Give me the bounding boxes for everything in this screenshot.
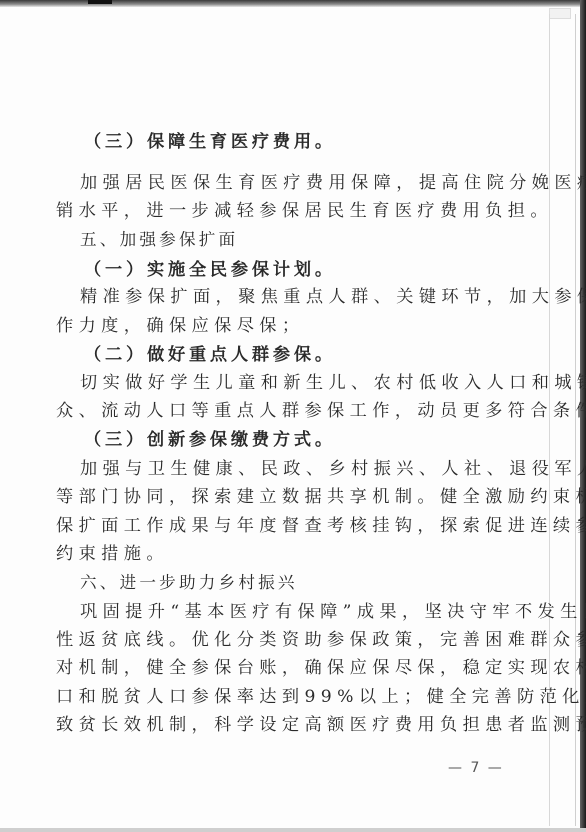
section-heading: 六、进一步助力乡村振兴 <box>80 572 298 594</box>
paragraph-line: 加强居民医保生育医疗费用保障，提高住院分娩医疗费用报 <box>80 172 586 194</box>
subsection-heading: （三）创新参保缴费方式。 <box>84 429 336 451</box>
paragraph-line: 对机制，健全参保台账，确保应保尽保，稳定实现农村低收入人 <box>56 657 586 679</box>
paragraph-line: 作力度，确保应保尽保； <box>56 315 304 337</box>
paragraph-line: 切实做好学生儿童和新生儿、农村低收入人口和城镇困难群 <box>80 372 586 394</box>
paragraph-line: 众、流动人口等重点人群参保工作，动员更多符合条件的人员参保； <box>56 400 586 422</box>
section-heading: 五、加强参保扩面 <box>80 229 238 251</box>
page-number: — 7 — <box>448 760 504 776</box>
paragraph-line: 口和脱贫人口参保率达到99%以上；健全完善防范化解因病返贫 <box>56 686 586 708</box>
scan-artifact <box>88 0 112 4</box>
paragraph-line: 精准参保扩面，聚焦重点人群、关键环节，加大参保缴费工 <box>80 286 586 308</box>
subsection-heading: （三）保障生育医疗费用。 <box>84 131 336 153</box>
subsection-heading: （二）做好重点人群参保。 <box>84 344 336 366</box>
paragraph-line: 保扩面工作成果与年度督查考核挂钩，探索促进连续参保缴费的 <box>56 515 586 537</box>
scan-bottom-edge <box>0 828 586 832</box>
paragraph-line: 等部门协同，探索建立数据共享机制。健全激励约束机制，将参 <box>56 486 586 508</box>
scan-top-edge <box>0 0 586 7</box>
paragraph-line: 致贫长效机制，科学设定高额医疗费用负担患者监测预警标准； <box>56 714 586 736</box>
paragraph-line: 巩固提升“基本医疗有保障”成果，坚决守牢不发生因病规模 <box>80 601 586 623</box>
subsection-heading: （一）实施全民参保计划。 <box>84 259 336 281</box>
paragraph-line: 销水平，进一步减轻参保居民生育医疗费用负担。 <box>56 200 553 222</box>
paragraph-line: 约束措施。 <box>56 543 169 565</box>
paragraph-line: 性返贫底线。优化分类资助参保政策，完善困难群众参保核查比 <box>56 629 586 651</box>
paragraph-line: 加强与卫生健康、民政、乡村振兴、人社、退役军人、残联 <box>80 458 586 480</box>
scan-artifact-tab <box>549 8 571 19</box>
